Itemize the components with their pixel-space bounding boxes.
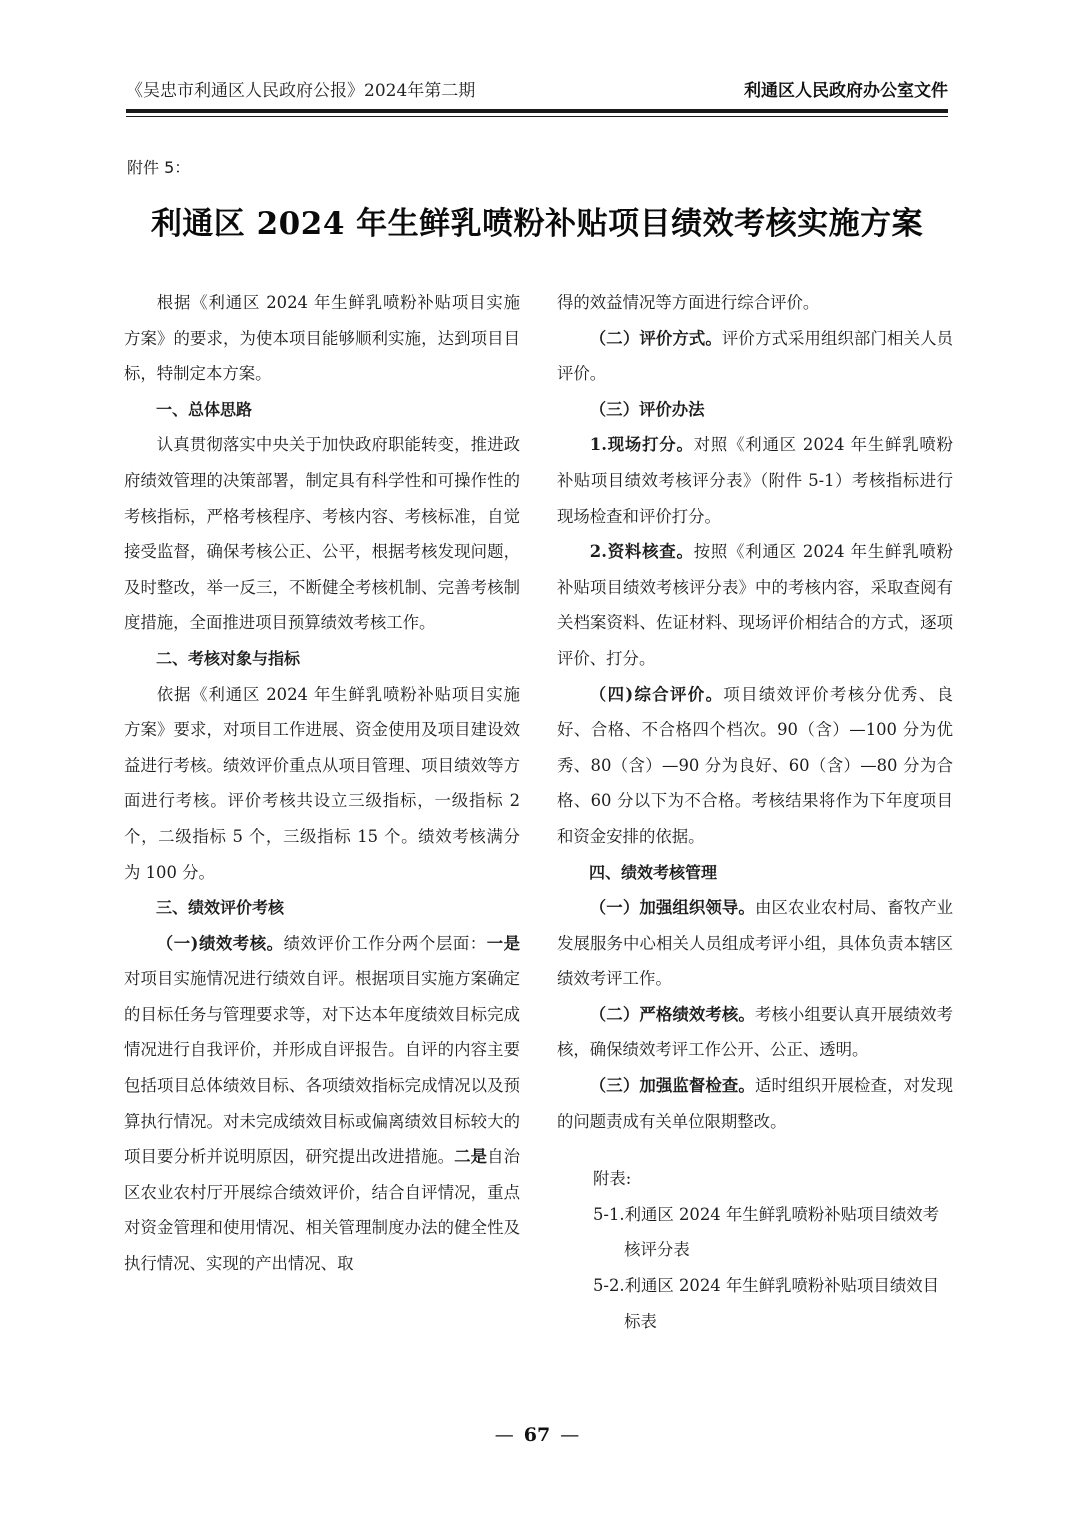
document-title: 利通区 2024 年生鲜乳喷粉补贴项目绩效考核实施方案	[100, 198, 974, 243]
continuation-paragraph: 得的效益情况等方面进行综合评价。	[557, 285, 953, 321]
section-2-heading: 二、考核对象与指标	[124, 641, 520, 677]
appendix-list: 附表: 5-1.利通区 2024 年生鲜乳喷粉补贴项目绩效考核评分表 5-2.利…	[557, 1161, 953, 1339]
section-4-2-label: （二）严格绩效考核。	[590, 1005, 755, 1024]
method-1-label: 1.现场打分。	[590, 435, 694, 454]
right-column: 得的效益情况等方面进行综合评价。 （二）评价方式。评价方式采用组织部门相关人员评…	[557, 285, 953, 1339]
section-3-4-text: 项目绩效评价考核分优秀、良好、合格、不合格四个档次。90（含）—100 分为优秀…	[557, 685, 953, 846]
section-1-body: 认真贯彻落实中央关于加快政府职能转变，推进政府绩效管理的决策部署，制定具有科学性…	[124, 427, 520, 641]
section-4-2-paragraph: （二）严格绩效考核。考核小组要认真开展绩效考核，确保绩效考评工作公开、公正、透明…	[557, 997, 953, 1068]
section-3-2-label: （二）评价方式。	[590, 329, 722, 348]
method-2-paragraph: 2.资料核查。按照《利通区 2024 年生鲜乳喷粉补贴项目绩效考核评分表》中的考…	[557, 534, 953, 676]
section-4-heading: 四、绩效考核管理	[557, 855, 953, 891]
page-footer: —67—	[437, 1424, 637, 1446]
bulletin-issue: 《吴忠市利通区人民政府公报》2024年第二期	[126, 76, 475, 101]
left-column: 根据《利通区 2024 年生鲜乳喷粉补贴项目实施方案》的要求，为使本项目能够顺利…	[124, 285, 520, 1282]
section-4-1-paragraph: （一）加强组织领导。由区农业农村局、畜牧产业发展服务中心相关人员组成考评小组，具…	[557, 890, 953, 997]
footer-dash-right: —	[560, 1424, 579, 1446]
appendix-title: 附表:	[593, 1161, 953, 1197]
section-3-1-label: （一)绩效考核。	[157, 934, 284, 953]
section-3-4-paragraph: （四)综合评价。项目绩效评价考核分优秀、良好、合格、不合格四个档次。90（含）—…	[557, 677, 953, 855]
appendix-item: 5-2.利通区 2024 年生鲜乳喷粉补贴项目绩效目标表	[593, 1268, 953, 1339]
section-3-1-paragraph: （一)绩效考核。绩效评价工作分两个层面：一是对项目实施情况进行绩效自评。根据项目…	[124, 926, 520, 1282]
section-2-body: 依据《利通区 2024 年生鲜乳喷粉补贴项目实施方案》要求，对项目工作进展、资金…	[124, 677, 520, 891]
section-3-heading: 三、绩效评价考核	[124, 890, 520, 926]
section-3-1-text-b: 对项目实施情况进行绩效自评。根据项目实施方案确定的目标任务与管理要求等，对下达本…	[124, 969, 520, 1166]
running-header: 《吴忠市利通区人民政府公报》2024年第二期 利通区人民政府办公室文件	[126, 76, 948, 102]
section-3-1-text-a: 绩效评价工作分两个层面：	[284, 934, 487, 953]
footer-dash-left: —	[495, 1424, 514, 1446]
header-rule-thick	[126, 109, 948, 113]
section-3-3-heading: （三）评价办法	[557, 392, 953, 428]
attachment-label: 附件 5：	[127, 155, 190, 178]
section-4-3-paragraph: （三）加强监督检查。适时组织开展检查，对发现的问题责成有关单位限期整改。	[557, 1068, 953, 1139]
intro-paragraph: 根据《利通区 2024 年生鲜乳喷粉补贴项目实施方案》的要求，为使本项目能够顺利…	[124, 285, 520, 392]
section-3-4-label: （四)综合评价。	[590, 685, 724, 704]
section-4-1-label: （一）加强组织领导。	[590, 898, 755, 917]
second-level-label: 二是	[454, 1147, 487, 1166]
method-2-label: 2.资料核查。	[590, 542, 694, 561]
section-4-3-label: （三）加强监督检查。	[590, 1076, 755, 1095]
method-1-paragraph: 1.现场打分。对照《利通区 2024 年生鲜乳喷粉补贴项目绩效考核评分表》（附件…	[557, 427, 953, 534]
section-3-2-paragraph: （二）评价方式。评价方式采用组织部门相关人员评价。	[557, 321, 953, 392]
section-1-heading: 一、总体思路	[124, 392, 520, 428]
appendix-item: 5-1.利通区 2024 年生鲜乳喷粉补贴项目绩效考核评分表	[593, 1197, 953, 1268]
header-rule-thin	[126, 116, 948, 117]
page-number: 67	[524, 1424, 550, 1446]
first-level-label: 一是	[487, 934, 520, 953]
issuing-office: 利通区人民政府办公室文件	[744, 76, 948, 101]
